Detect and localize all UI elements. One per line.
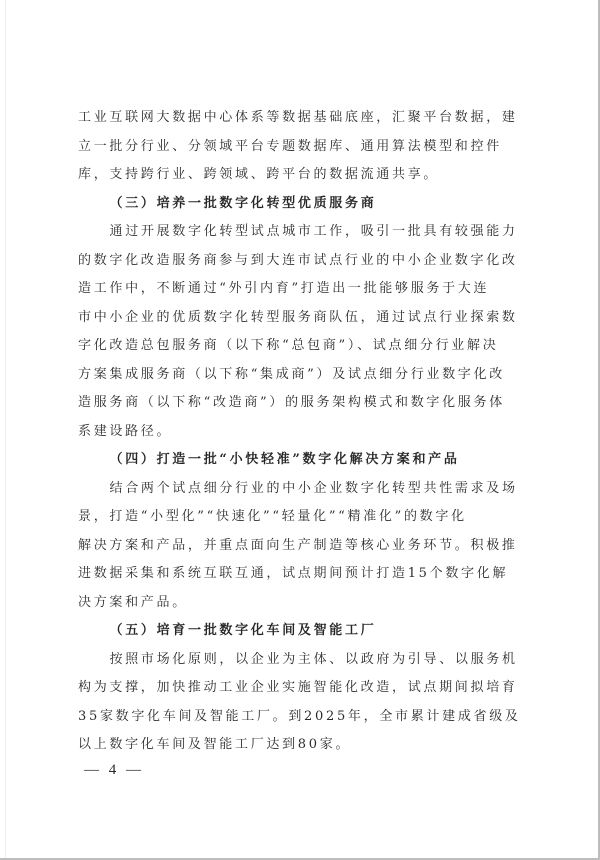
section-heading: （五）培育一批数字化车间及智能工厂 (78, 617, 528, 646)
text-line: 库，支持跨行业、跨领域、跨平台的数据流通共享。 (78, 161, 528, 190)
paragraph-intro: 工业互联网大数据中心体系等数据基础底座，汇聚平台数据，建 立一批分行业、分领域平… (78, 104, 528, 190)
text-line: 造服务商（以下称“改造商”）的服务架构模式和数字化服务体 (78, 389, 528, 418)
section-3: （三）培养一批数字化转型优质服务商 通过开展数字化转型试点城市工作，吸引一批具有… (78, 190, 528, 447)
text-line: 的数字化改造服务商参与到大连市试点行业的中小企业数字化改 (78, 247, 528, 276)
text-line: 结合两个试点细分行业的中小企业数字化转型共性需求及场 (78, 475, 528, 504)
section-heading: （四）打造一批“小快轻准”数字化解决方案和产品 (78, 446, 528, 475)
section-4: （四）打造一批“小快轻准”数字化解决方案和产品 结合两个试点细分行业的中小企业数… (78, 446, 528, 617)
text-line: 通过开展数字化转型试点城市工作，吸引一批具有较强能力 (78, 218, 528, 247)
document-body: 工业互联网大数据中心体系等数据基础底座，汇聚平台数据，建 立一批分行业、分领域平… (78, 104, 528, 760)
text-line: 市中小企业的优质数字化转型服务商队伍，通过试点行业探索数 (78, 304, 528, 333)
text-line: 立一批分行业、分领域平台专题数据库、通用算法模型和控件 (78, 133, 528, 162)
page-edge (5, 0, 6, 858)
text-line: 构为支撑，加快推动工业企业实施智能化改造，试点期间拟培育 (78, 674, 528, 703)
section-heading: （三）培养一批数字化转型优质服务商 (78, 190, 528, 219)
text-line: 决方案和产品。 (78, 589, 528, 618)
text-line: 系建设路径。 (78, 418, 528, 447)
text-line: 35家数字化车间及智能工厂。到2025年，全市累计建成省级及 (78, 703, 528, 732)
text-line: 工业互联网大数据中心体系等数据基础底座，汇聚平台数据，建 (78, 104, 528, 133)
text-line: 造工作中，不断通过“外引内育”打造出一批能够服务于大连 (78, 275, 528, 304)
text-line: 进数据采集和系统互联互通，试点期间预计打造15个数字化解 (78, 560, 528, 589)
text-line: 字化改造总包服务商（以下称“总包商”）、试点细分行业解决 (78, 332, 528, 361)
text-line: 解决方案和产品，并重点面向生产制造等核心业务环节。积极推 (78, 532, 528, 561)
text-line: 按照市场化原则，以企业为主体、以政府为引导、以服务机 (78, 646, 528, 675)
page-number: — 4 — (84, 762, 144, 779)
section-5: （五）培育一批数字化车间及智能工厂 按照市场化原则，以企业为主体、以政府为引导、… (78, 617, 528, 760)
text-line: 方案集成服务商（以下称“集成商”）及试点细分行业数字化改 (78, 361, 528, 390)
document-page: 工业互联网大数据中心体系等数据基础底座，汇聚平台数据，建 立一批分行业、分领域平… (0, 0, 600, 860)
text-line: 景，打造“小型化”“快速化”“轻量化”“精准化”的数字化 (78, 503, 528, 532)
text-line: 以上数字化车间及智能工厂达到80家。 (78, 731, 528, 760)
